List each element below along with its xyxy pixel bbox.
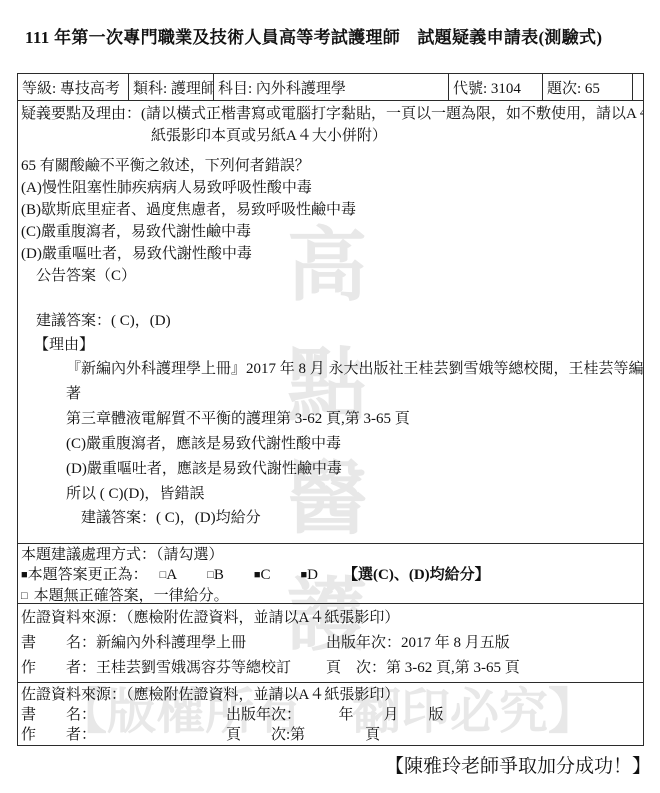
form-header-row: 等級: 專技高考 類科: 護理師 科目: 內外科護理學 代號: 3104 題次:… [18,74,643,100]
page-label: 頁 次： [326,660,386,676]
issue-instruction-line2: 紙張影印本頁或另紙A４大小併附） [21,125,640,147]
issue-section: 疑義要點及理由：(請以橫式正楷書寫或電腦打字黏貼，一頁以一題為限，如不敷使用，請… [18,100,643,543]
option-c-label: C [261,567,271,583]
evidence1-book: 書 名：新編內外科護理學上冊 [21,631,326,656]
grading-note: 【選(C)、(D)均給分】 [343,567,490,583]
evidence-section-2: 佐證資料來源：（應檢附佐證資料，並請以A４紙張影印） 書 名：出版年次： 年 月… [18,682,643,745]
category-value: 護理師 [171,81,214,97]
author-label: 作 者： [21,727,96,743]
evidence2-source-line: 佐證資料來源：（應檢附佐證資料，並請以A４紙張影印） [21,685,640,705]
option-d: (D)嚴重嘔吐者，易致代謝性酸中毒 [21,243,640,265]
issue-instruction-line1: 疑義要點及理由：(請以橫式正楷書寫或電腦打字黏貼，一頁以一題為限，如不敷使用，請… [21,103,640,125]
reason-line: 『新編內外科護理學上冊』2017 年 8 月 永大出版社王桂芸劉雪娥等總校閱，王… [21,357,640,382]
header-spacer-cell [633,74,643,100]
option-a-label: A [166,567,177,583]
code-cell: 代號: 3104 [449,74,543,100]
book-name-value: 新編內外科護理學上冊 [96,635,246,651]
handling-answer-line: ■本題答案更正為：□A□B■C■D【選(C)、(D)均給分】 [21,565,640,586]
option-c-checkbox: ■ [254,569,261,581]
page-blank: 第 頁 [290,727,380,743]
category-cell: 類科: 護理師 [129,74,214,100]
evidence2-page: 頁 次:第 頁 [226,727,380,743]
reason-line: 著 [21,382,640,407]
option-b: (B)歇斯底里症者、過度焦慮者，易致呼吸性鹼中毒 [21,199,640,221]
option-d-label: D [307,567,318,583]
reason-line: 第三章體液電解質不平衡的護理第 3-62 頁,第 3-65 頁 [21,407,640,432]
announced-answer: 公告答案（C） [21,265,640,287]
level-cell: 等級: 專技高考 [18,74,129,100]
handling-section: 本題建議處理方式：（請勾選） ■本題答案更正為：□A□B■C■D【選(C)、(D… [18,543,643,603]
evidence-section-1: 佐證資料來源：（應檢附佐證資料，並請以A４紙張影印） 書 名：新編內外科護理學上… [18,603,643,682]
teacher-success-note: 【陳雅玲老師爭取加分成功！】 [385,751,651,778]
evidence2-book-line: 書 名：出版年次： 年 月 版 [21,705,640,725]
publish-year-blank: 年 月 版 [294,707,444,723]
reason-line: (D)嚴重嘔吐者，應該是易致代謝性鹼中毒 [21,457,640,482]
evidence1-book-line: 書 名：新編內外科護理學上冊出版年次：2017 年 8 月五版 [21,631,640,656]
level-label: 等級: [22,81,60,97]
reason-line: 所以 ( C)(D)，皆錯誤 [21,482,640,507]
answer-correction-label: 本題答案更正為： [28,567,148,583]
option-b-checkbox: □ [207,569,214,581]
evidence2-author: 作 者： [21,725,226,745]
category-label: 類科: [133,81,171,97]
question-number-cell: 題次: 65 [543,74,633,100]
author-label: 作 者： [21,660,96,676]
book-name-label: 書 名： [21,635,96,651]
suggested-answer: 建議答案：( C)，(D) [21,309,640,333]
level-value: 專技高考 [60,81,120,97]
evidence1-source-line: 佐證資料來源：（應檢附佐證資料，並請以A４紙張影印） [21,606,640,631]
form-table: 等級: 專技高考 類科: 護理師 科目: 內外科護理學 代號: 3104 題次:… [17,73,644,746]
evidence2-publish: 出版年次： 年 月 版 [226,707,444,723]
code-value: 3104 [491,81,521,97]
option-a-checkbox: □ [160,569,167,581]
option-b-label: B [214,567,224,583]
evidence1-author: 作 者：王桂芸劉雪娥馮容芬等總校訂 [21,656,326,681]
handling-title: 本題建議處理方式：（請勾選） [21,545,640,565]
publish-year-label: 出版年次： [226,707,294,723]
subject-value: 內外科護理學 [256,81,346,97]
no-correct-answer-label: 本題無正確答案，一律給分。 [34,588,229,604]
publish-year-label: 出版年次： [326,635,401,651]
no-correct-answer-checkbox: □ [21,590,28,602]
question-number-label: 題次: [547,81,585,97]
evidence2-author-line: 作 者：頁 次:第 頁 [21,725,640,745]
option-c-choice: ■C [254,567,271,583]
author-value: 王桂芸劉雪娥馮容芬等總校訂 [96,660,291,676]
page-value: 第 3-62 頁,第 3-65 頁 [386,660,520,676]
book-name-label: 書 名： [21,707,96,723]
evidence2-book: 書 名： [21,705,226,725]
reason-heading: 【理由】 [21,333,640,357]
evidence1-publish: 出版年次：2017 年 8 月五版 [326,635,510,651]
evidence1-author-line: 作 者：王桂芸劉雪娥馮容芬等總校訂頁 次：第 3-62 頁,第 3-65 頁 [21,656,640,681]
subject-label: 科目: [218,81,256,97]
question-text: 65 有關酸鹼不平衡之敘述，下列何者錯誤？ [21,155,640,177]
answer-correction-checkbox: ■ [21,569,28,581]
subject-cell: 科目: 內外科護理學 [214,74,449,100]
code-label: 代號: [453,81,491,97]
option-a: (A)慢性阻塞性肺疾病病人易致呼吸性酸中毒 [21,177,640,199]
publish-year-value: 2017 年 8 月五版 [401,635,510,651]
option-c: (C)嚴重腹瀉者，易致代謝性鹼中毒 [21,221,640,243]
reason-line: (C)嚴重腹瀉者，應該是易致代謝性酸中毒 [21,432,640,457]
page-title: 111 年第一次專門職業及技術人員高等考試護理師 試題疑義申請表(測驗式) [25,23,602,48]
option-a-choice: □A [160,567,178,583]
page-label: 頁 次: [226,727,290,743]
question-number-value: 65 [585,81,600,97]
evidence1-page: 頁 次：第 3-62 頁,第 3-65 頁 [326,660,520,676]
option-b-choice: □B [207,567,224,583]
option-d-choice: ■D [301,567,319,583]
final-suggestion: 建議答案：( C)，(D)均給分 [21,507,640,530]
option-d-checkbox: ■ [301,569,308,581]
exam-appeal-form-page: 高 點 醫 護 【版權所有 翻印必究】 111 年第一次專門職業及技術人員高等考… [0,0,660,793]
